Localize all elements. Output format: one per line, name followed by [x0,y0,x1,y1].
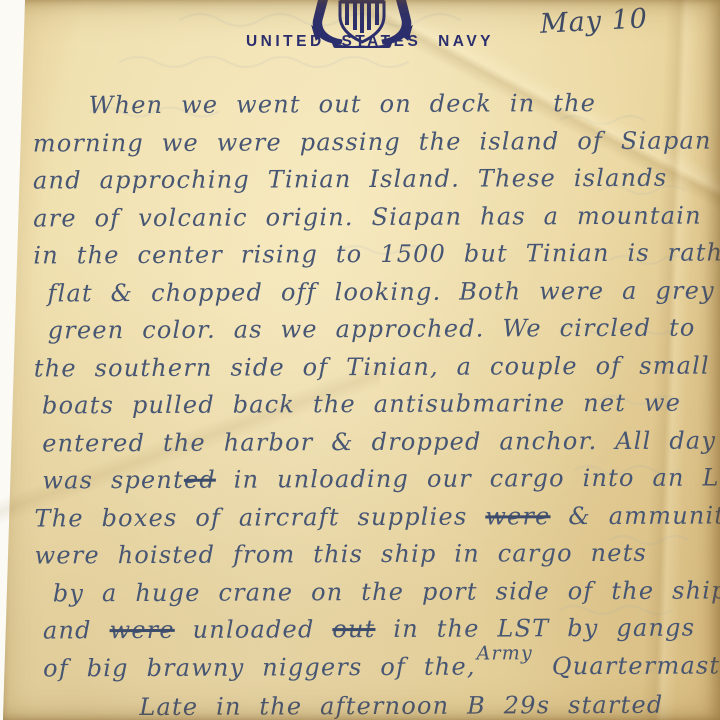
handwritten-text: The boxes of aircraft supplies [34,502,485,532]
letter-line: the southern side of Tinian, a couple of… [34,347,710,387]
letter-line: entered the harbor & dropped anchor. All… [34,422,710,462]
letter-photograph: UNITED STATES NAVY May 10 When we went o… [0,0,720,720]
handwritten-text: & ammunition [550,501,720,530]
letter-date: May 10 [539,3,648,40]
letter-line: were hoisted from this ship in cargo net… [35,535,711,575]
handwritten-text: morning we were passing the island of Si… [33,126,712,157]
letter-line: Late in the afternoon B 29s started [35,687,711,720]
handwritten-text: are of volcanic origin. Siapan has a mou… [33,201,702,232]
struck-out-word: ed [184,466,216,494]
letter-body: When we went out on deck in themorning w… [33,85,712,720]
struck-out-word: were [485,502,550,530]
letter-line: green color. as we approched. We circled… [34,310,710,350]
handwritten-text: Late in the afternoon B 29s started [139,691,663,720]
inserted-word-above-line: Army [477,635,534,673]
letter-line: was spented in unloading our cargo into … [34,460,710,500]
letter-line: of big brawny niggers of the,Army Quarte… [35,647,711,689]
handwritten-text: and approching Tinian Island. These isla… [33,164,667,195]
letter-line: by a huge crane on the port side of the … [35,572,711,612]
struck-out-word: out [332,615,375,643]
handwritten-text: the southern side of Tinian, a couple of… [34,351,710,382]
handwritten-text: flat & chopped off looking. Both were a … [47,276,714,307]
letter-line: and were unloaded out in the LST by gang… [35,610,711,650]
handwritten-text: in the LST by gangs [375,614,695,643]
letter-line: are of volcanic origin. Siapan has a mou… [33,197,709,237]
handwritten-text: boats pulled back the antisubmarine net … [42,389,681,420]
struck-out-word: were [109,616,174,644]
handwritten-text: Quartermaster [534,651,720,680]
handwritten-text: green color. as we approched. We circled… [48,314,696,345]
letter-line: flat & chopped off looking. Both were a … [33,272,709,312]
handwritten-text: by a huge crane on the port side of the … [53,576,720,607]
letter-line: and approching Tinian Island. These isla… [33,160,709,200]
handwritten-text: When we went out on deck in the [89,89,597,119]
letter-line: When we went out on deck in the [33,85,709,125]
handwritten-text: were hoisted from this ship in cargo net… [35,539,648,570]
handwritten-text: and [43,616,110,644]
handwritten-text: in unloading our cargo into an LCT [216,463,720,493]
handwritten-text: was spent [42,466,184,495]
letter-line: morning we were passing the island of Si… [33,122,709,162]
handwritten-text: of big brawny niggers of the, [43,652,476,682]
handwritten-text: entered the harbor & dropped anchor. All… [42,426,716,457]
letter-line: The boxes of aircraft supplies were & am… [34,497,710,537]
letter-line: boats pulled back the antisubmarine net … [34,385,710,425]
handwritten-text: unloaded [175,615,333,644]
handwritten-text: in the center rising to 1500 but Tinian … [33,238,720,269]
letter-line: in the center rising to 1500 but Tinian … [33,235,709,275]
